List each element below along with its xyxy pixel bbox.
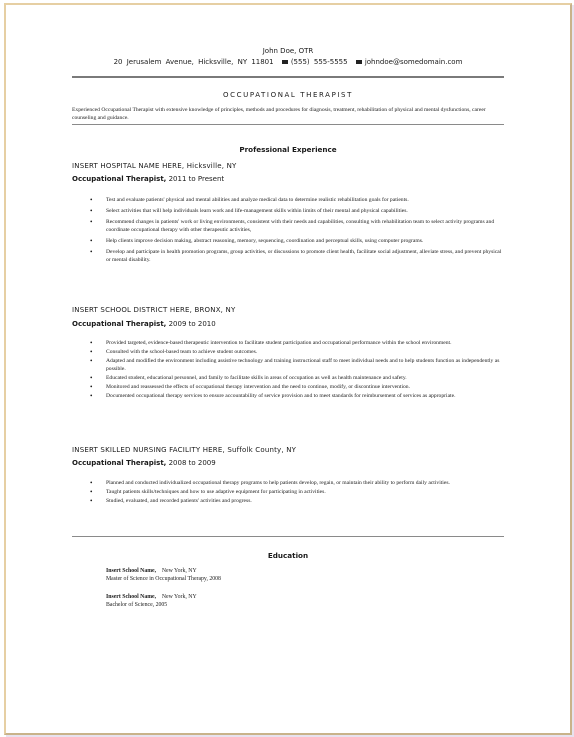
job-role: Occupational Therapist, 2008 to 2009 (72, 459, 216, 467)
experience-heading: Professional Experience (6, 145, 570, 154)
list-item: Planned and conducted individualized occ… (90, 479, 506, 487)
job-dates: 2011 to Present (169, 175, 225, 183)
header-divider (72, 76, 504, 78)
education-divider (72, 536, 504, 537)
job-employer: INSERT SCHOOL DISTRICT HERE, BRONX, NY (72, 306, 235, 314)
list-item: Select activities that will help individ… (90, 207, 506, 215)
school-name: Insert School Name, (106, 594, 156, 600)
school-name: Insert School Name, (106, 568, 156, 574)
degree: Bachelor of Science, 2005 (106, 601, 197, 609)
job-bullets: Test and evaluate patients' physical and… (90, 196, 506, 267)
list-item: Develop and participate in health promot… (90, 248, 506, 264)
summary: Experienced Occupational Therapist with … (72, 106, 504, 122)
list-item: Taught patients skills/techniques and ho… (90, 488, 506, 496)
education-entry: Insert School Name, New York, NY Bachelo… (106, 593, 197, 609)
job-bullets: Provided targeted, evidence-based therap… (90, 339, 506, 401)
job-dates: 2009 to 2010 (169, 320, 216, 328)
list-item: Help clients improve decision making, ab… (90, 237, 506, 245)
job-title: Occupational Therapist, (72, 459, 166, 467)
degree: Master of Science in Occupational Therap… (106, 575, 221, 583)
contact-line: 20 Jerusalem Avenue, Hicksville, NY 1180… (6, 58, 570, 66)
phone-icon (282, 60, 288, 64)
list-item: Educated student, educational personnel,… (90, 374, 506, 382)
education-heading: Education (6, 551, 570, 560)
list-item: Consulted with the school-based team to … (90, 348, 506, 356)
list-item: Documented occupational therapy services… (90, 392, 506, 400)
list-item: Monitored and reassessed the effects of … (90, 383, 506, 391)
list-item: Adapted and modified the environment inc… (90, 357, 506, 373)
school-location: New York, NY (162, 568, 197, 574)
list-item: Provided targeted, evidence-based therap… (90, 339, 506, 347)
objective-title: OCCUPATIONAL THERAPIST (6, 91, 570, 99)
job-role: Occupational Therapist, 2009 to 2010 (72, 320, 216, 328)
job-bullets: Planned and conducted individualized occ… (90, 479, 506, 506)
phone: (555) 555-5555 (291, 58, 348, 66)
job-role: Occupational Therapist, 2011 to Present (72, 175, 224, 183)
resume-page: John Doe, OTR 20 Jerusalem Avenue, Hicks… (4, 3, 572, 735)
email-icon (356, 60, 362, 64)
list-item: Test and evaluate patients' physical and… (90, 196, 506, 204)
job-dates: 2008 to 2009 (169, 459, 216, 467)
job-title: Occupational Therapist, (72, 320, 166, 328)
job-employer: INSERT SKILLED NURSING FACILITY HERE, Su… (72, 446, 296, 454)
education-entry: Insert School Name, New York, NY Master … (106, 567, 221, 583)
email: johndoe@somedomain.com (365, 58, 463, 66)
summary-divider (72, 124, 504, 125)
job-employer: INSERT HOSPITAL NAME HERE, Hicksville, N… (72, 162, 237, 170)
list-item: Recommend changes in patients' work or l… (90, 218, 506, 234)
address: 20 Jerusalem Avenue, Hicksville, NY 1180… (114, 58, 274, 66)
candidate-name: John Doe, OTR (6, 47, 570, 55)
school-location: New York, NY (162, 594, 197, 600)
job-title: Occupational Therapist, (72, 175, 166, 183)
list-item: Studied, evaluated, and recorded patient… (90, 497, 506, 505)
